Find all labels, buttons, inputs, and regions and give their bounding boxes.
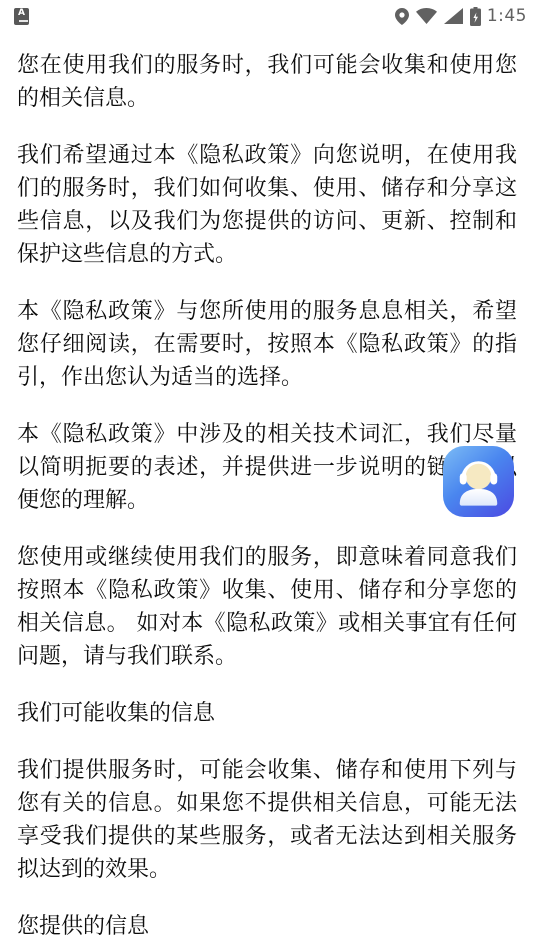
- policy-paragraph: 本《隐私政策》中涉及的相关技术词汇，我们尽量以简明扼要的表述，并提供进一步说明的…: [17, 418, 517, 517]
- policy-paragraph: 您在使用我们的服务时，我们可能会收集和使用您的相关信息。: [17, 49, 517, 115]
- cellular-signal-icon: [444, 8, 463, 24]
- headset-person-icon: [443, 446, 514, 517]
- policy-paragraph: 我们提供服务时，可能会收集、储存和使用下列与您有关的信息。如果您不提供相关信息，…: [17, 754, 517, 886]
- customer-service-button[interactable]: [443, 446, 514, 517]
- policy-paragraph: 我们希望通过本《隐私政策》向您说明，在使用我们的服务时，我们如何收集、使用、储存…: [17, 139, 517, 271]
- policy-section-heading: 您提供的信息: [17, 910, 517, 943]
- app-screen: A 1:45 您在使用我们的服务时，我们可能会收集和使用您的相关信息。 我们希望…: [0, 0, 534, 950]
- notification-app-icon-letter: A: [18, 8, 25, 19]
- wifi-icon: [416, 8, 437, 24]
- notification-app-icon-subtext: [19, 20, 28, 22]
- policy-paragraph: 本《隐私政策》与您所使用的服务息息相关，希望您仔细阅读，在需要时，按照本《隐私政…: [17, 295, 517, 394]
- notification-app-icon: A: [14, 8, 29, 25]
- policy-paragraph: 您使用或继续使用我们的服务，即意味着同意我们按照本《隐私政策》收集、使用、储存和…: [17, 541, 517, 673]
- status-bar-time: 1:45: [487, 5, 527, 27]
- status-bar-right-cluster: 1:45: [388, 5, 527, 27]
- battery-charging-icon: [470, 7, 481, 26]
- location-icon: [395, 8, 409, 25]
- status-bar: A 1:45: [0, 0, 534, 30]
- policy-section-heading: 我们可能收集的信息: [17, 697, 517, 730]
